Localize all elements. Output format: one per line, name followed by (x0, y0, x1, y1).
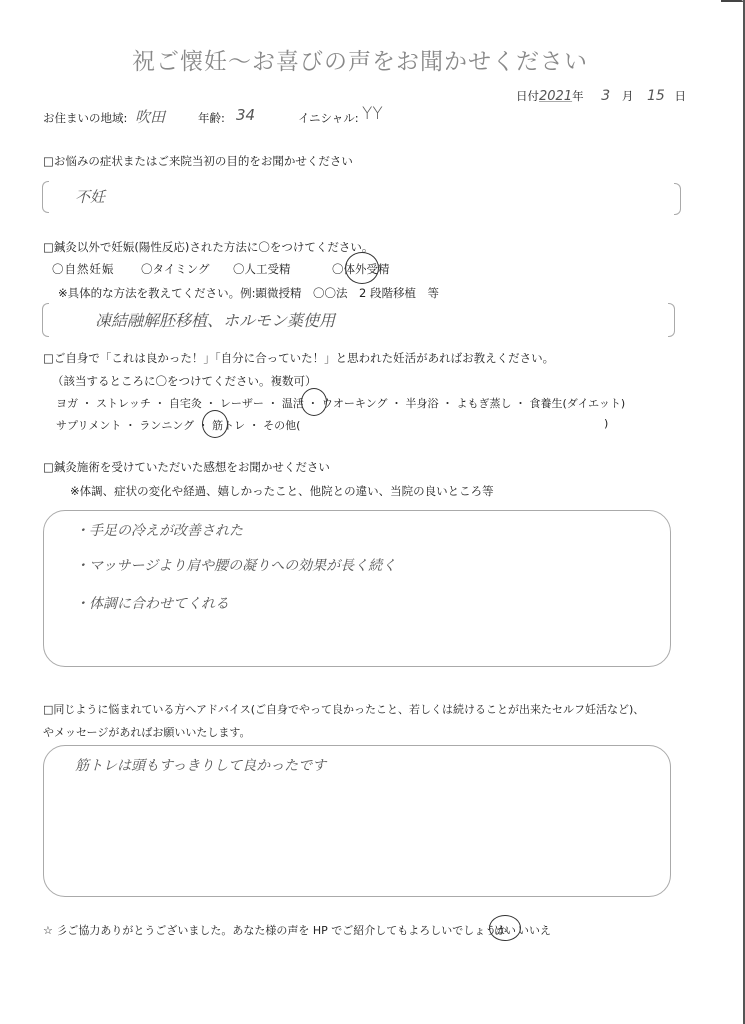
q1-bracket-right (674, 183, 681, 215)
consent-no[interactable]: いいえ (518, 922, 551, 938)
month-label: 月 (622, 89, 634, 103)
q4-answer-line-3: ・体調に合わせてくれる (75, 593, 229, 613)
q3-selected-circle-kintore (202, 410, 228, 438)
q2-answer[interactable]: 凍結融解胚移植、ホルモン薬使用 (95, 308, 335, 331)
date-field: 日付2021年 3 月 15 日 (516, 88, 686, 104)
q3-label: □ご自身で「これは良かった！」「自分に合っていた！」と思われた妊活があればお教え… (43, 350, 554, 366)
q5-label-line2: やメッセージがあればお願いいたします。 (43, 724, 250, 740)
q2-option-timing[interactable]: 〇タイミング (141, 261, 210, 277)
q1-bracket-left (42, 181, 49, 213)
day-label: 日 (674, 89, 686, 103)
date-month[interactable]: 3 (601, 88, 610, 104)
page-corner (721, 0, 743, 2)
q5-answer: 筋トレは頭もすっきりして良かったです (75, 755, 326, 775)
q4-label: □鍼灸施術を受けていただいた感想をお聞かせください (43, 459, 330, 475)
q5-label-line1: □同じように悩まれている方へアドバイス(ご自身でやって良かったこと、若しくは続け… (43, 701, 644, 717)
age-value[interactable]: 34 (236, 106, 255, 124)
q2-selected-circle (345, 252, 379, 284)
q3-other-close: ) (604, 417, 608, 430)
date-year[interactable]: 2021 (539, 89, 572, 104)
q3-options-row1[interactable]: ヨガ ・ ストレッチ ・ 自宅灸 ・ レーザー ・ 温活 ・ ウオーキング ・ … (56, 395, 625, 411)
q3-selected-circle-onkatsu (301, 388, 327, 416)
footer-consent-text: ☆ 彡ご協力ありがとうございました。あなた様の声を HP でご紹介してもよろしい… (43, 922, 507, 938)
q4-answer-line-2: ・マッサージより肩や腰の凝りへの効果が長く続く (75, 555, 396, 575)
q1-label: □お悩みの症状またはご来院当初の目的をお聞かせください (43, 153, 353, 169)
date-day[interactable]: 15 (647, 88, 665, 104)
q2-option-artificial[interactable]: 〇人工受精 (233, 261, 291, 277)
q2-bracket-right (668, 303, 675, 337)
q4-answer-line-1: ・手足の冷えが改善された (75, 520, 243, 540)
q3-options-row2[interactable]: サプリメント ・ ランニング ・ 筋トレ ・ その他( (56, 417, 300, 433)
region-value[interactable]: 吹田 (135, 106, 165, 127)
q2-label: □鍼灸以外で妊娠(陽性反応)された方法に〇をつけてください。 (43, 239, 373, 255)
date-label: 日付 (516, 89, 539, 103)
q2-bracket-left (42, 303, 49, 337)
q2-option-natural[interactable]: 〇自然妊娠 (52, 261, 115, 277)
q2-note: ※具体的な方法を教えてください。例:顕微授精 〇〇法 2 段階移植 等 (58, 285, 439, 301)
region-label: お住まいの地域: (43, 110, 127, 126)
initial-value[interactable]: YY (362, 104, 383, 124)
age-label: 年齢: (198, 110, 225, 126)
initial-label: イニシャル: (298, 110, 359, 126)
q4-note: ※体調、症状の変化や経過、嬉しかったこと、他院との違い、当院の良いところ等 (70, 483, 494, 499)
year-label: 年 (572, 89, 584, 103)
q1-answer[interactable]: 不妊 (75, 186, 105, 207)
consent-selected-circle (489, 915, 521, 941)
page-title: 祝ご懐妊〜お喜びの声をお聞かせください (132, 43, 588, 76)
q3-sub: （該当するところに〇をつけてください。複数可） (52, 373, 317, 389)
